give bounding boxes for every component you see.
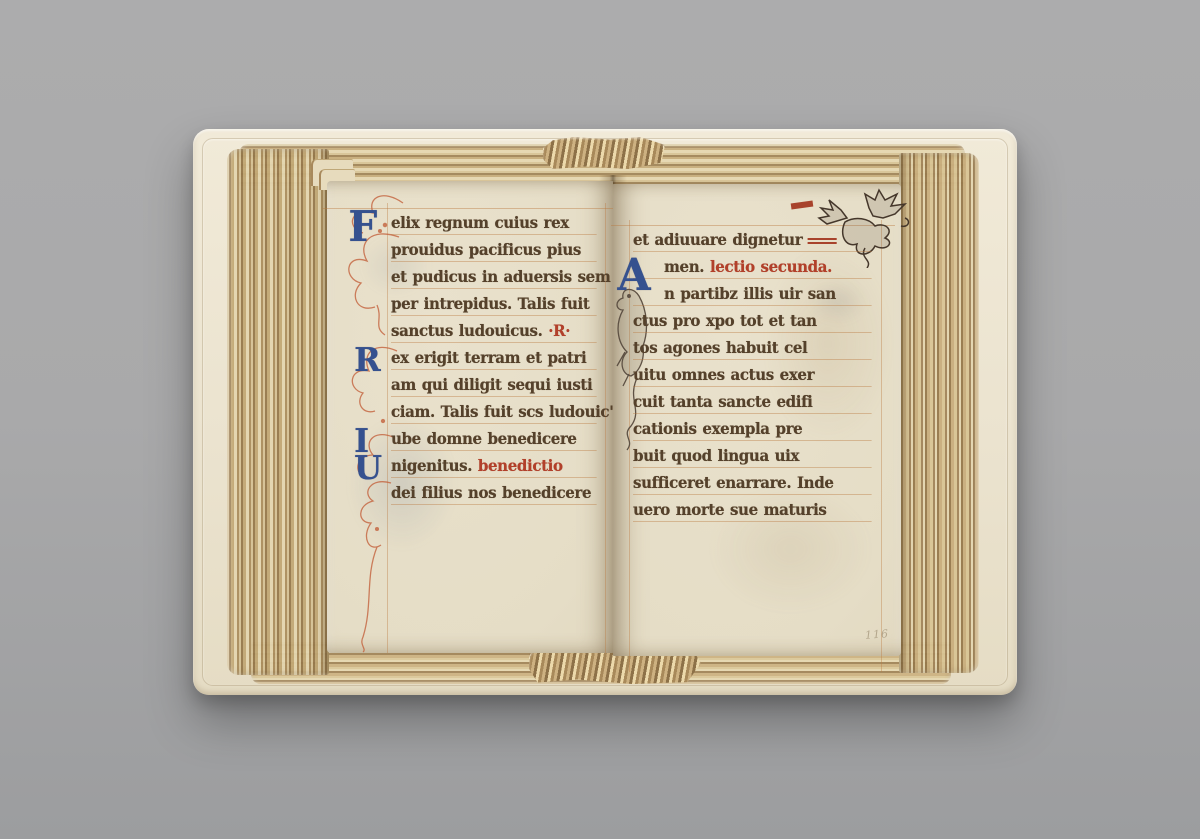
illuminated-initial: U [354, 451, 382, 484]
line-text: et pudicus in aduersis sem [391, 267, 610, 286]
line-text: per intrepidus. Talis fuit [391, 294, 589, 313]
right-page-text-column: et adiuuare dignetur Amen. lectio secund… [633, 226, 872, 523]
illuminated-initial: F [348, 206, 377, 248]
manuscript-line: Iube domne benedicere [391, 425, 597, 452]
manuscript-line: et pudicus in aduersis sem [391, 263, 597, 290]
line-text: n partibz illis uir san [664, 284, 836, 303]
red-line-filler [791, 200, 814, 209]
rubric-heading: lectio secunda. [710, 257, 832, 276]
braided-endband-top [543, 137, 665, 169]
manuscript-line: sanctus ludouicus. ·R· [391, 317, 597, 344]
line-text: uero morte sue maturis [633, 500, 826, 519]
manuscript-line: Felix regnum cuius rex [391, 209, 597, 236]
page-edges-fore-edge-left [227, 149, 329, 675]
studio-gray-background: Felix regnum cuius rex prouidus pacificu… [0, 0, 1200, 839]
line-text: dei filius nos benedicere [391, 483, 591, 502]
manuscript-line: Unigenitus. benedictio [391, 452, 597, 479]
manuscript-line: ctus pro xpo tot et tan [633, 307, 872, 334]
line-text: ctus pro xpo tot et tan [633, 311, 817, 330]
line-text: et adiuuare dignetur [633, 230, 802, 249]
rubric-response-mark: ·R· [548, 321, 570, 340]
line-text: cationis exempla pre [633, 419, 802, 438]
line-text: uitu omnes actus exer [633, 365, 814, 384]
folio-number: 116 [865, 627, 890, 642]
red-line-filler [808, 238, 837, 244]
line-text: cuit tanta sancte edifi [633, 392, 813, 411]
manuscript-line: cuit tanta sancte edifi [633, 388, 872, 415]
ruling-vertical-line [881, 220, 882, 672]
line-text: buit quod lingua uix [633, 446, 799, 465]
manuscript-line: uero morte sue maturis [633, 496, 872, 523]
manuscript-line: am qui diligit sequi iusti [391, 371, 597, 398]
line-text: nigenitus. [391, 456, 478, 475]
manuscript-line: uitu omnes actus exer [633, 361, 872, 388]
line-text: men. [664, 257, 710, 276]
manuscript-line: ciam. Talis fuit scs ludouic' [391, 398, 597, 425]
line-text: elix regnum cuius rex [391, 213, 569, 232]
rubric-word: benedictio [478, 456, 563, 475]
open-manuscript-book: Felix regnum cuius rex prouidus pacificu… [193, 129, 1017, 695]
left-manuscript-page: Felix regnum cuius rex prouidus pacificu… [327, 181, 613, 653]
line-text: ube domne benedicere [391, 429, 577, 448]
line-text: prouidus pacificus pius [391, 240, 581, 259]
manuscript-line: cationis exempla pre [633, 415, 872, 442]
line-text: ex erigit terram et patri [391, 348, 586, 367]
manuscript-line: tos agones habuit cel [633, 334, 872, 361]
manuscript-line: et adiuuare dignetur [633, 226, 872, 253]
line-text: ciam. Talis fuit scs ludouic' [391, 402, 613, 421]
manuscript-line: n partibz illis uir san [633, 280, 872, 307]
line-text: tos agones habuit cel [633, 338, 807, 357]
manuscript-line: Amen. lectio secunda. [633, 253, 872, 280]
left-page-text-column: Felix regnum cuius rex prouidus pacificu… [391, 209, 597, 506]
line-text: sanctus ludouicus. [391, 321, 548, 340]
manuscript-line: Rex erigit terram et patri [391, 344, 597, 371]
manuscript-line: buit quod lingua uix [633, 442, 872, 469]
manuscript-line: per intrepidus. Talis fuit [391, 290, 597, 317]
line-text: am qui diligit sequi iusti [391, 375, 592, 394]
right-manuscript-page: et adiuuare dignetur Amen. lectio secund… [613, 184, 901, 656]
manuscript-line: prouidus pacificus pius [391, 236, 597, 263]
manuscript-line: sufficeret enarrare. Inde [633, 469, 872, 496]
line-text: sufficeret enarrare. Inde [633, 473, 834, 492]
illuminated-initial: R [354, 343, 380, 376]
manuscript-line: dei filius nos benedicere [391, 479, 597, 506]
